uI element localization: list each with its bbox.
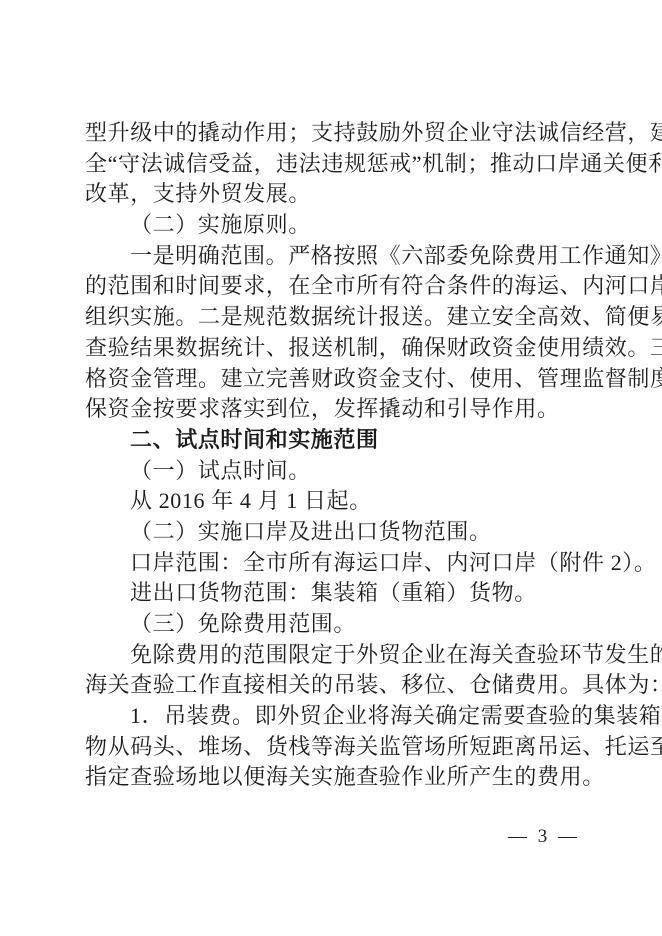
text-line: 进出口货物范围：集装箱（重箱）货物。 [85,578,595,609]
text-line: 保资金按要求落实到位，发挥撬动和引导作用。 [85,394,595,425]
text-line: 免除费用的范围限定于外贸企业在海关查验环节发生的、与 [85,640,595,671]
document-page: 型升级中的撬动作用；支持鼓励外贸企业守法诚信经营，建立健 全“守法诚信受益，违法… [0,0,662,936]
list-item-hoisting-fee: 1．吊装费。即外贸企业将海关确定需要查验的集装箱等货 [85,701,595,732]
text-line: 海关查验工作直接相关的吊装、移位、仓储费用。具体为： [85,670,595,701]
text-line: 口岸范围：全市所有海运口岸、内河口岸（附件 2）。 [85,548,595,579]
subsection-heading-fee-exemption-scope: （三）免除费用范围。 [85,609,595,640]
page-number: — 3 — [508,826,580,848]
subsection-heading-pilot-time: （一）试点时间。 [85,456,595,487]
text-line: 的范围和时间要求，在全市所有符合条件的海运、内河口岸全面 [85,271,595,302]
text-line: 格资金管理。建立完善财政资金支付、使用、管理监督制度，确 [85,364,595,395]
text-line: 从 2016 年 4 月 1 日起。 [85,486,595,517]
document-body: 型升级中的撬动作用；支持鼓励外贸企业守法诚信经营，建立健 全“守法诚信受益，违法… [85,118,595,793]
text-line: 指定查验场地以便海关实施查验作业所产生的费用。 [85,762,595,793]
text-line: 全“守法诚信受益，违法违规惩戒”机制；推动口岸通关便利化 [85,149,595,180]
text-line: 组织实施。二是规范数据统计报送。建立安全高效、简便易行的 [85,302,595,333]
subsection-heading-port-and-goods-scope: （二）实施口岸及进出口货物范围。 [85,517,595,548]
text-line: 物从码头、堆场、货栈等海关监管场所短距离吊运、托运至海关 [85,732,595,763]
text-line: 型升级中的撬动作用；支持鼓励外贸企业守法诚信经营，建立健 [85,118,595,149]
text-line: 一是明确范围。严格按照《六部委免除费用工作通知》规定 [85,241,595,272]
subsection-heading-implementation-principles: （二）实施原则。 [85,210,595,241]
text-line: 改革，支持外贸发展。 [85,179,595,210]
section-heading-pilot-time-and-scope: 二、试点时间和实施范围 [85,425,595,456]
text-line: 查验结果数据统计、报送机制，确保财政资金使用绩效。三是严 [85,333,595,364]
